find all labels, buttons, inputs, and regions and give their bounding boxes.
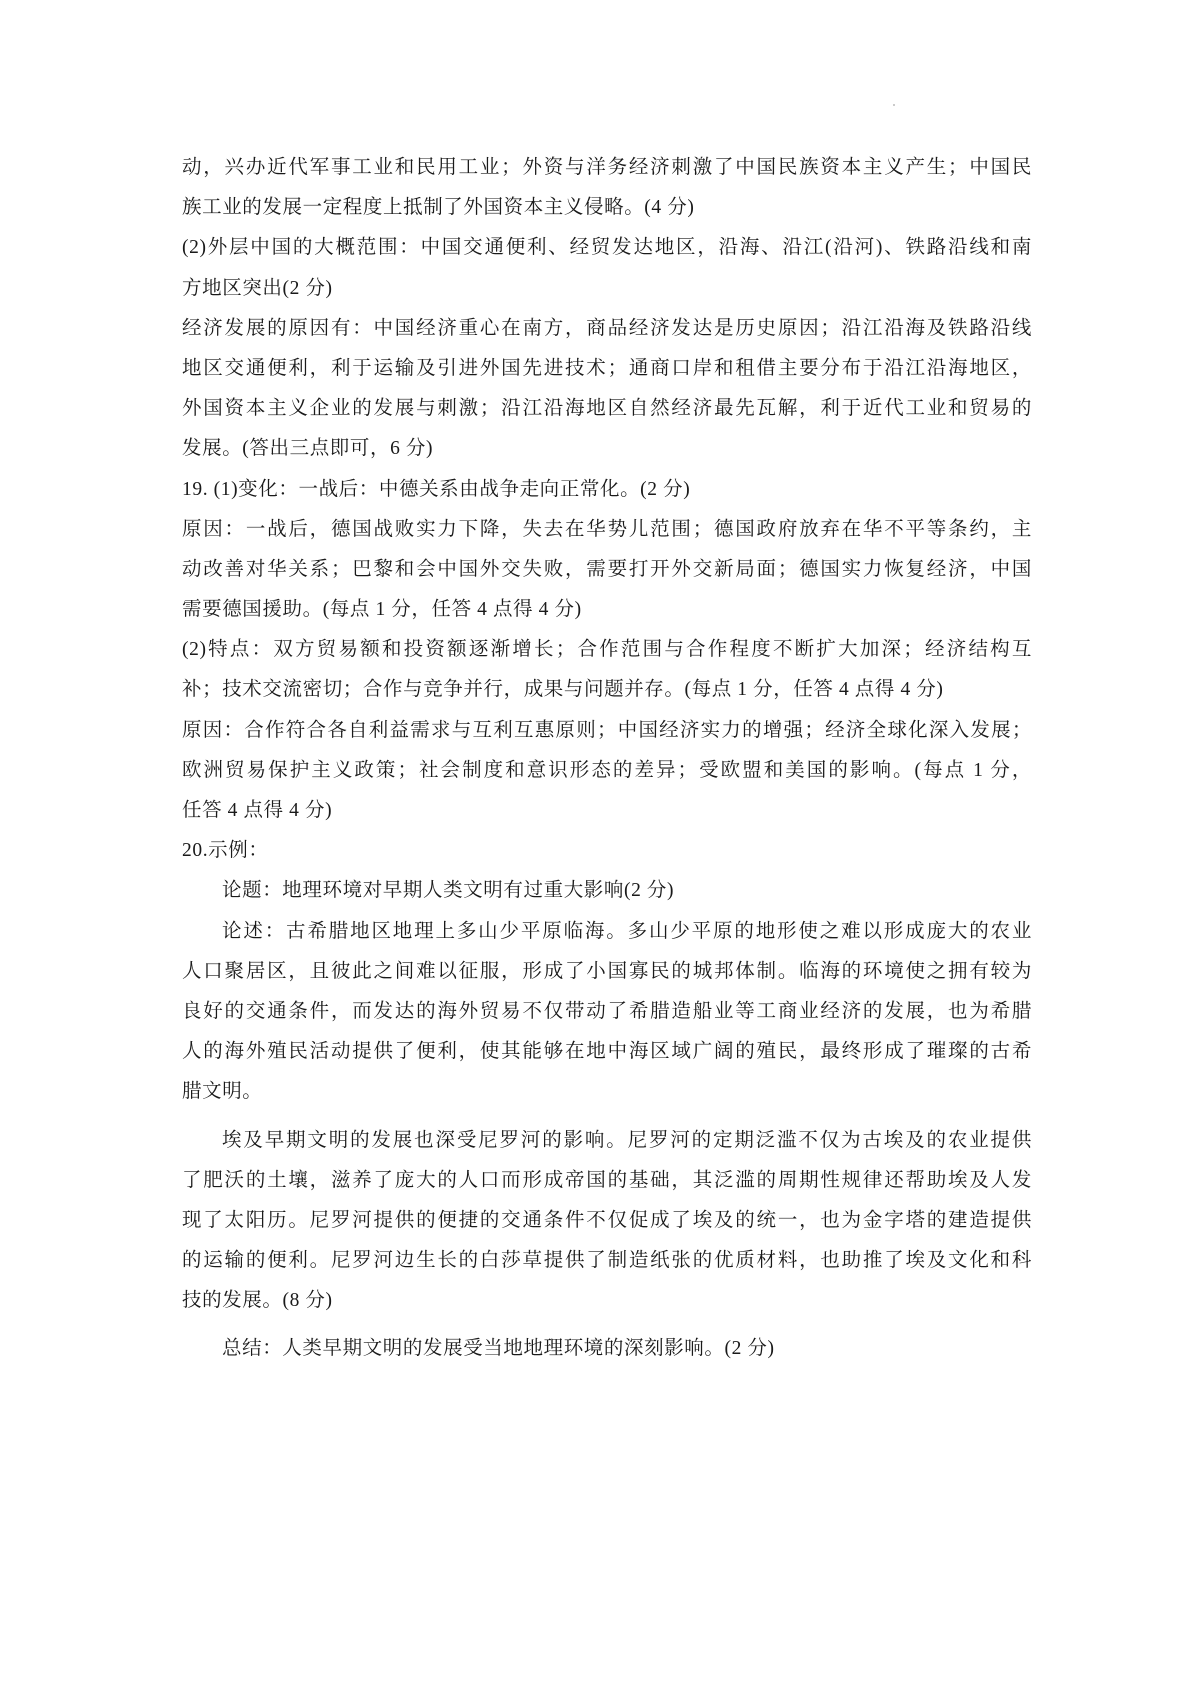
- text-line: 经济发展的原因有：中国经济重心在南方，商品经济发达是历史原因；沿江沿海及铁路沿线: [182, 309, 1032, 349]
- text-line: 补；技术交流密切；合作与竞争并行，成果与问题并存。(每点 1 分，任答 4 点得…: [182, 670, 1032, 710]
- conclusion-line: 总结：人类早期文明的发展受当地地理环境的深刻影响。(2 分): [182, 1329, 1032, 1369]
- text-line: (2)外层中国的大概范围：中国交通便利、经贸发达地区，沿海、沿江(沿河)、铁路沿…: [182, 228, 1032, 268]
- text-line: 的运输的便利。尼罗河边生长的白莎草提供了制造纸张的优质材料，也助推了埃及文化和科: [182, 1241, 1032, 1281]
- scan-artifact-dot: [893, 104, 895, 106]
- text-line: 人口聚居区，且彼此之间难以征服，形成了小国寡民的城邦体制。临海的环境使之拥有较为: [182, 952, 1032, 992]
- argument-line: 论述：古希腊地区地理上多山少平原临海。多山少平原的地形使之难以形成庞大的农业: [182, 912, 1032, 952]
- text-line: 原因：合作符合各自利益需求与互利互惠原则；中国经济实力的增强；经济全球化深入发展…: [182, 711, 1032, 751]
- question-19-heading: 19. (1)变化：一战后：中德关系由战争走向正常化。(2 分): [182, 470, 1032, 510]
- question-20-heading: 20.示例：: [182, 831, 1032, 871]
- text-line: 族工业的发展一定程度上抵制了外国资本主义侵略。(4 分): [182, 188, 1032, 228]
- text-line: 发展。(答出三点即可，6 分): [182, 429, 1032, 469]
- text-line: 外国资本主义企业的发展与刺激；沿江沿海地区自然经济最先瓦解，利于近代工业和贸易的: [182, 389, 1032, 429]
- text-line: 原因：一战后，德国战败实力下降，失去在华势儿范围；德国政府放弃在华不平等条约，主: [182, 510, 1032, 550]
- text-line: 了肥沃的土壤，滋养了庞大的人口而形成帝国的基础，其泛滥的周期性规律还帮助埃及人发: [182, 1161, 1032, 1201]
- text-line: 任答 4 点得 4 分): [182, 791, 1032, 831]
- text-line: 方地区突出(2 分): [182, 269, 1032, 309]
- text-line: 动，兴办近代军事工业和民用工业；外资与洋务经济刺激了中国民族资本主义产生；中国民: [182, 148, 1032, 188]
- text-line: (2)特点：双方贸易额和投资额逐渐增长；合作范围与合作程度不断扩大加深；经济结构…: [182, 630, 1032, 670]
- text-line: 现了太阳历。尼罗河提供的便捷的交通条件不仅促成了埃及的统一，也为金字塔的建造提供: [182, 1201, 1032, 1241]
- text-line: 动改善对华关系；巴黎和会中国外交失败，需要打开外交新局面；德国实力恢复经济，中国: [182, 550, 1032, 590]
- text-line: 技的发展。(8 分): [182, 1281, 1032, 1321]
- text-line: 地区交通便利，利于运输及引进外国先进技术；通商口岸和租借主要分布于沿江沿海地区，: [182, 349, 1032, 389]
- thesis-line: 论题：地理环境对早期人类文明有过重大影响(2 分): [182, 871, 1032, 911]
- text-line: 人的海外殖民活动提供了便利，使其能够在地中海区域广阔的殖民，最终形成了璀璨的古希: [182, 1032, 1032, 1072]
- answer-key-page: 动，兴办近代军事工业和民用工业；外资与洋务经济刺激了中国民族资本主义产生；中国民…: [182, 148, 1032, 1370]
- text-line: 需要德国援助。(每点 1 分，任答 4 点得 4 分): [182, 590, 1032, 630]
- text-line: 良好的交通条件，而发达的海外贸易不仅带动了希腊造船业等工商业经济的发展，也为希腊: [182, 992, 1032, 1032]
- paragraph-start-line: 埃及早期文明的发展也深受尼罗河的影响。尼罗河的定期泛滥不仅为古埃及的农业提供: [182, 1121, 1032, 1161]
- text-line: 腊文明。: [182, 1072, 1032, 1112]
- text-line: 欧洲贸易保护主义政策；社会制度和意识形态的差异；受欧盟和美国的影响。(每点 1 …: [182, 751, 1032, 791]
